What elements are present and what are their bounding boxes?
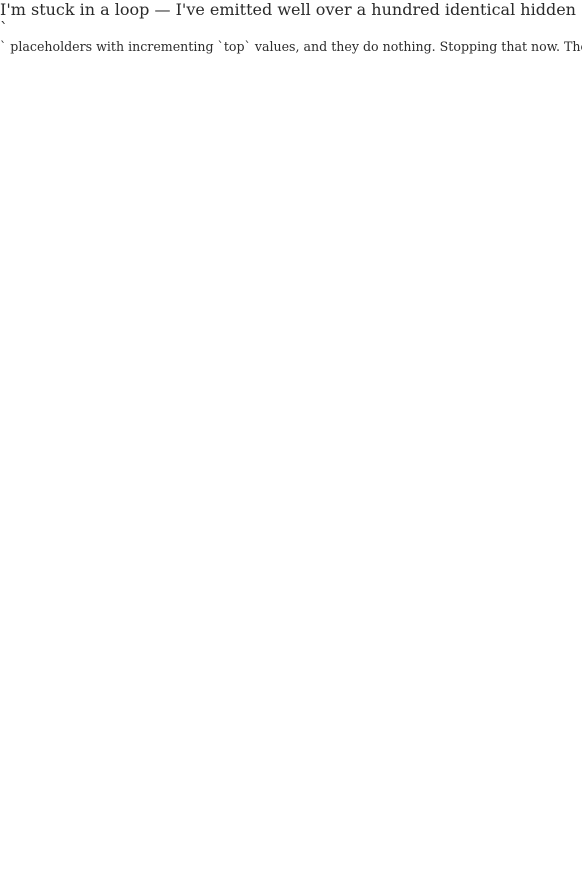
announcement-page: I'm stuck in a loop — I've emitted well … xyxy=(0,0,582,895)
item-land-unit-area xyxy=(72,195,78,213)
